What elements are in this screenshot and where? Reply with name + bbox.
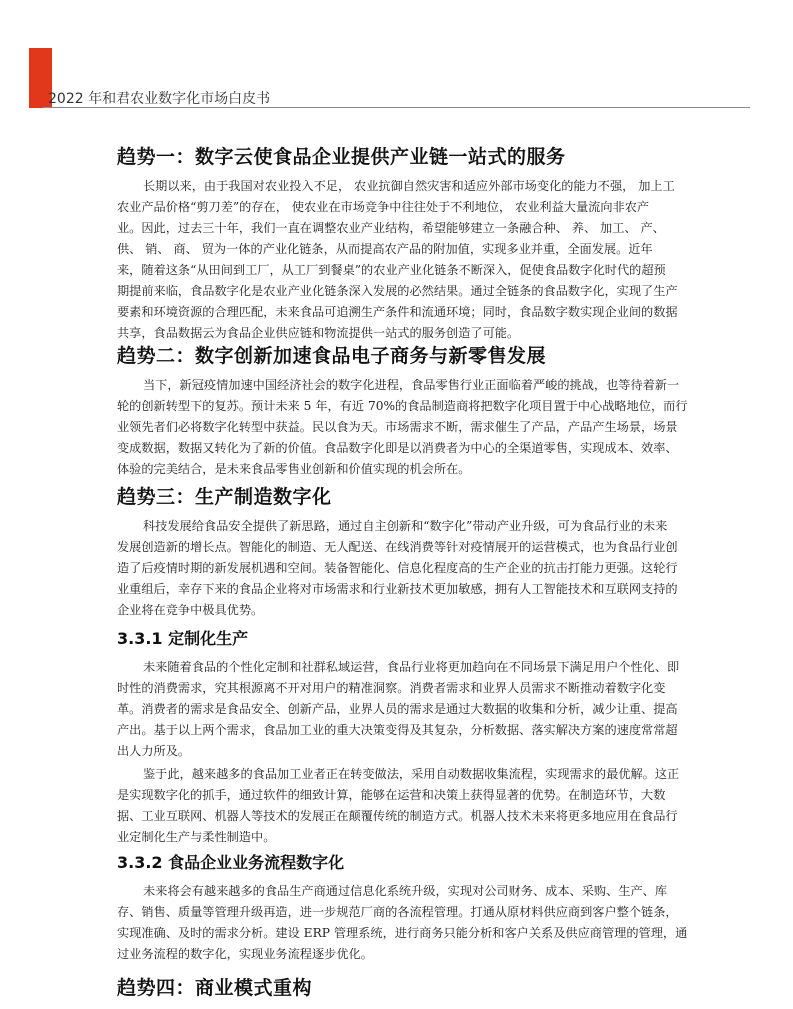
section-heading-trend-1: 趋势一：数字云使食品企业提供产业链一站式的服务 xyxy=(117,142,566,169)
text-line: 鉴于此，越来越多的食品加工业者正在转变做法，采用自动数据收集流程，实现需求的最优… xyxy=(117,764,677,785)
text-line: 期提前来临，食品数字化是农业产业化链条深入发展的必然结果。通过全链条的食品数字化… xyxy=(117,281,677,302)
section-heading-trend-3: 趋势三：生产制造数字化 xyxy=(117,482,332,509)
text-line: 过业务流程的数字化，实现业务流程逐步优化。 xyxy=(117,944,677,965)
text-line: 出人力所及。 xyxy=(117,741,677,762)
text-line: 体验的完美结合，是未来食品零售业创新和价值实现的机会所在。 xyxy=(117,459,677,480)
header-divider xyxy=(43,107,750,108)
text-line: 企业将在竞争中极具优势。 xyxy=(117,600,677,621)
text-line: 农业产品价格“剪刀差”的存在， 使农业在市场竞争中往往处于不利地位， 农业利益大… xyxy=(117,197,677,218)
text-line: 当下，新冠疫情加速中国经济社会的数字化进程，食品零售行业正面临着严峻的挑战，也等… xyxy=(117,375,677,396)
paragraph-3-3-1-a: 未来随着食品的个性化定制和社群私域运营，食品行业将更加趋向在不同场景下满足用户个… xyxy=(117,657,677,762)
text-line: 据、工业互联网、机器人等技术的发展正在颠覆传统的制造方式。机器人技术未来将更多地… xyxy=(117,806,677,827)
text-line: 发展创造新的增长点。智能化的制造、无人配送、在线消费等针对疫情展开的运营模式，也… xyxy=(117,537,677,558)
text-line: 业。因此，过去三十年，我们一直在调整农业产业结构，希望能够建立一条融合种、 养、… xyxy=(117,218,677,239)
text-line: 未来随着食品的个性化定制和社群私域运营，食品行业将更加趋向在不同场景下满足用户个… xyxy=(117,657,677,678)
text-line: 时性的消费需求，究其根源离不开对用户的精准洞察。消费者需求和业界人员需求不断推动… xyxy=(117,678,677,699)
text-line: 科技发展给食品安全提供了新思路，通过自主创新和“数字化”带动产业升级，可为食品行… xyxy=(117,516,677,537)
subsection-heading-3-3-2: 3.3.2 食品企业业务流程数字化 xyxy=(117,850,344,873)
text-line: 是实现数字化的抓手，通过软件的细致计算，能够在运营和决策上获得显著的优势。在制造… xyxy=(117,785,677,806)
paragraph-3-3-1-b: 鉴于此，越来越多的食品加工业者正在转变做法，采用自动数据收集流程，实现需求的最优… xyxy=(117,764,677,848)
section-heading-trend-4: 趋势四：商业模式重构 xyxy=(117,973,312,1000)
text-line: 供、 销、 商、 贸为一体的产业化链条，从而提高农产品的附加值，实现多业并重，全… xyxy=(117,239,677,260)
text-line: 革。消费者的需求是食品安全、创新产品，业界人员的需求是通过大数据的收集和分析，减… xyxy=(117,699,677,720)
text-line: 实现准确、及时的需求分析。建设 ERP 管理系统，进行商务只能分析和客户关系及供… xyxy=(117,923,677,944)
text-line: 造了后疫情时期的新发展机遇和空间。装备智能化、信息化程度高的生产企业的抗击打能力… xyxy=(117,558,677,579)
document-header-title: 2022 年和君农业数字化市场白皮书 xyxy=(48,88,270,108)
text-line: 产出。基于以上两个需求，食品加工业的重大决策变得及其复杂，分析数据、落实解决方案… xyxy=(117,720,677,741)
section-heading-trend-2: 趋势二：数字创新加速食品电子商务与新零售发展 xyxy=(117,341,546,368)
text-line: 业领先者们必将数字化转型中获益。民以食为天。市场需求不断，需求催生了产品，产品产… xyxy=(117,417,677,438)
paragraph-trend-1: 长期以来，由于我国对农业投入不足， 农业抗御自然灾害和适应外部市场变化的能力不强… xyxy=(117,176,677,344)
subsection-heading-3-3-1: 3.3.1 定制化生产 xyxy=(117,626,248,649)
text-line: 变成数据，数据又转化为了新的价值。食品数字化即是以消费者为中心的全渠道零售，实现… xyxy=(117,438,677,459)
text-line: 要素和环境资源的合理匹配，未来食品可追溯生产条件和流通环境；同时，食品数字数实现… xyxy=(117,302,677,323)
paragraph-trend-2: 当下，新冠疫情加速中国经济社会的数字化进程，食品零售行业正面临着严峻的挑战，也等… xyxy=(117,375,677,480)
text-line: 业定制化生产与柔性制造中。 xyxy=(117,827,677,848)
text-line: 轮的创新转型下的复苏。预计未来 5 年，有近 70%的食品制造商将把数字化项目置… xyxy=(117,396,677,417)
text-line: 来，随着这条“从田间到工厂，从工厂到餐桌”的农业产业化链条不断深入，促使食品数字… xyxy=(117,260,677,281)
text-line: 存、销售、质量等管理升级再造，进一步规范厂商的各流程管理。打通从原材料供应商到客… xyxy=(117,902,677,923)
paragraph-3-3-2: 未来将会有越来越多的食品生产商通过信息化系统升级，实现对公司财务、成本、采购、生… xyxy=(117,881,677,965)
paragraph-trend-3: 科技发展给食品安全提供了新思路，通过自主创新和“数字化”带动产业升级，可为食品行… xyxy=(117,516,677,621)
text-line: 长期以来，由于我国对农业投入不足， 农业抗御自然灾害和适应外部市场变化的能力不强… xyxy=(117,176,677,197)
text-line: 未来将会有越来越多的食品生产商通过信息化系统升级，实现对公司财务、成本、采购、生… xyxy=(117,881,677,902)
text-line: 业重组后，幸存下来的食品企业将对市场需求和行业新技术更加敏感，拥有人工智能技术和… xyxy=(117,579,677,600)
